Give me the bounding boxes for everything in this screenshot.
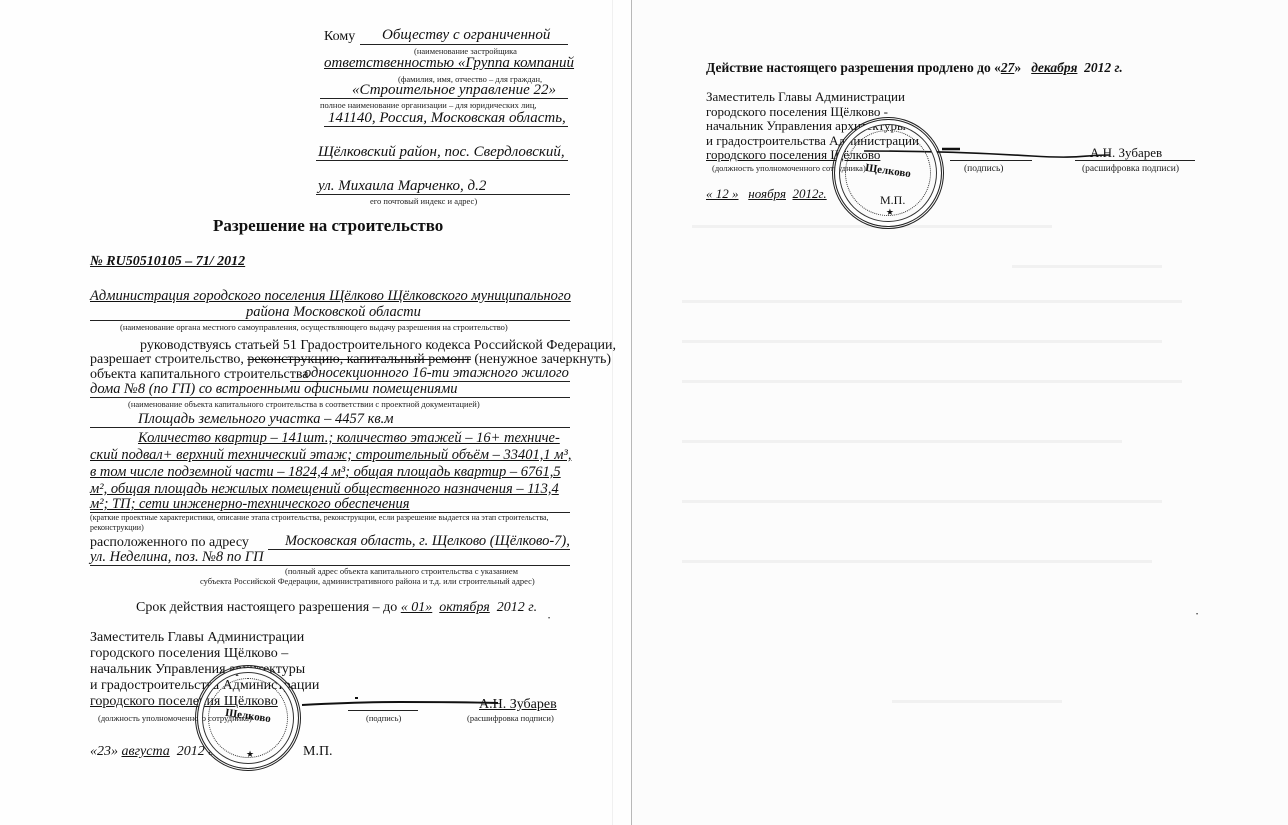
name-caption: (расшифровка подписи): [1082, 164, 1179, 174]
bleed-through: [682, 300, 1182, 303]
seal-mark: М.П.: [880, 193, 905, 208]
addressee-label: Кому: [324, 29, 355, 45]
specs-line-3: в том числе подземной части – 1824,4 м³;…: [90, 464, 561, 481]
permit-page-back: Действие настоящего разрешения продлено …: [632, 0, 1288, 825]
authority-caption: (наименование органа местного самоуправл…: [120, 322, 508, 332]
sign-year: 2012г.: [792, 186, 826, 201]
issue-date: «23» августа 2012 г.: [90, 744, 217, 760]
object-value-line-2: дома №8 (по ГП) со встроенными офисными …: [90, 381, 458, 398]
validity-year: 2012 г.: [497, 600, 537, 615]
official-stamp: Щелково ★: [832, 117, 944, 229]
addressee-line-6: ул. Михаила Марченко, д.2: [318, 178, 486, 195]
speck: •: [548, 616, 550, 622]
address-line-1: Московская область, г. Щелково (Щёлково-…: [285, 533, 570, 550]
underline: [324, 126, 568, 127]
star-icon: ★: [246, 749, 254, 760]
handwritten-signature: [300, 690, 500, 712]
addressee-line-2: ответственностью «Группа компаний: [324, 55, 574, 72]
addressee-line-3: «Строительное управление 22»: [352, 82, 556, 99]
bleed-through: [892, 700, 1062, 703]
underline: [90, 320, 570, 321]
addressee-line-4: 141140, Россия, Московская область,: [328, 110, 566, 127]
address-caption-2: субъекта Российской Федерации, администр…: [200, 576, 535, 586]
bleed-through: [682, 440, 1122, 443]
sign-day: « 12 »: [706, 186, 739, 201]
address-line-2: ул. Неделина, поз. №8 по ГП: [90, 549, 264, 566]
validity-prefix: Срок действия настоящего разрешения – до: [136, 600, 397, 615]
extension-sign-date: « 12 » ноября 2012г.: [706, 186, 827, 202]
authority-line-1: Администрация городского поселения Щёлко…: [90, 288, 571, 305]
signatory-line-1: Заместитель Главы Администрации: [706, 90, 919, 105]
issue-day: «23»: [90, 744, 118, 759]
signature-underline: [348, 710, 418, 711]
underline: [90, 427, 570, 428]
signatory-line-2: городского поселения Щёлково –: [90, 646, 319, 662]
star-icon: ★: [886, 207, 894, 218]
addressee-caption-3: полное наименование организации – для юр…: [320, 100, 537, 110]
underline: [316, 194, 570, 195]
addressee-line-5: Щёлковский район, пос. Свердловский,: [318, 144, 565, 161]
extension-year: 2012 г.: [1084, 60, 1123, 75]
bleed-through: [682, 560, 1152, 563]
name-caption: (расшифровка подписи): [467, 713, 554, 723]
extension-month: декабря: [1031, 60, 1077, 75]
address-caption-1: (полный адрес объекта капитального строи…: [285, 566, 518, 576]
land-area: Площадь земельного участка – 4457 кв.м: [138, 411, 394, 428]
permit-number: № RU50510105 – 71/ 2012: [90, 254, 245, 270]
addressee-line-1: Обществу с ограниченной: [382, 27, 550, 44]
validity-line: Срок действия настоящего разрешения – до…: [136, 600, 537, 616]
official-stamp: Щелково ★: [195, 665, 301, 771]
signatory-name: А.Н. Зубарев: [1090, 145, 1162, 161]
bleed-through: [682, 500, 1162, 503]
validity-day: « 01»: [401, 600, 433, 615]
bleed-through: [682, 380, 1182, 383]
specs-caption-1: (краткие проектные характеристики, описа…: [90, 513, 549, 522]
underline: [268, 549, 570, 550]
specs-line-1: Количество квартир – 141шт.; количество …: [138, 430, 560, 447]
extension-line: Действие настоящего разрешения продлено …: [706, 60, 1123, 76]
body-para1-prefix: разрешает строительство,: [90, 352, 244, 367]
extension-mid: »: [1014, 60, 1021, 75]
page-shadow: [612, 0, 613, 825]
authority-line-2: района Московской области: [246, 304, 421, 321]
object-value-line-1: односекционного 16-ти этажного жилого: [304, 365, 569, 382]
underline: [90, 397, 570, 398]
permit-page-front: Кому Обществу с ограниченной (наименован…: [0, 0, 631, 825]
signature-underline: [950, 160, 1032, 161]
signatory-name: А.Н. Зубарев: [479, 697, 557, 713]
document-title: Разрешение на строительство: [213, 216, 443, 236]
signatory-line-3: начальник Управления архитектуры: [90, 662, 319, 678]
extension-prefix: Действие настоящего разрешения продлено …: [706, 60, 1001, 75]
seal-mark: М.П.: [303, 744, 333, 760]
bleed-through: [1012, 265, 1162, 268]
bleed-through: [682, 340, 1162, 343]
underline: [360, 44, 568, 45]
signature-caption: (подпись): [366, 713, 401, 723]
signatory-line-1: Заместитель Главы Администрации: [90, 630, 319, 646]
validity-month: октября: [439, 600, 490, 615]
issue-month: августа: [122, 744, 170, 759]
specs-line-5: м²; ТП; сети инженерно-технического обес…: [90, 496, 409, 513]
underline: [316, 160, 568, 161]
signature-caption: (подпись): [964, 164, 1003, 174]
specs-caption-2: реконструкции): [90, 523, 144, 532]
specs-line-2: ский подвал+ верхний технический этаж; с…: [90, 447, 571, 464]
object-caption: (наименование объекта капитального строи…: [128, 399, 480, 409]
sign-month: ноября: [748, 186, 786, 201]
addressee-caption-4: его почтовый индекс и адрес): [370, 196, 477, 206]
speck: •: [1196, 612, 1198, 618]
extension-day: 27: [1001, 60, 1015, 75]
underline: [320, 98, 568, 99]
